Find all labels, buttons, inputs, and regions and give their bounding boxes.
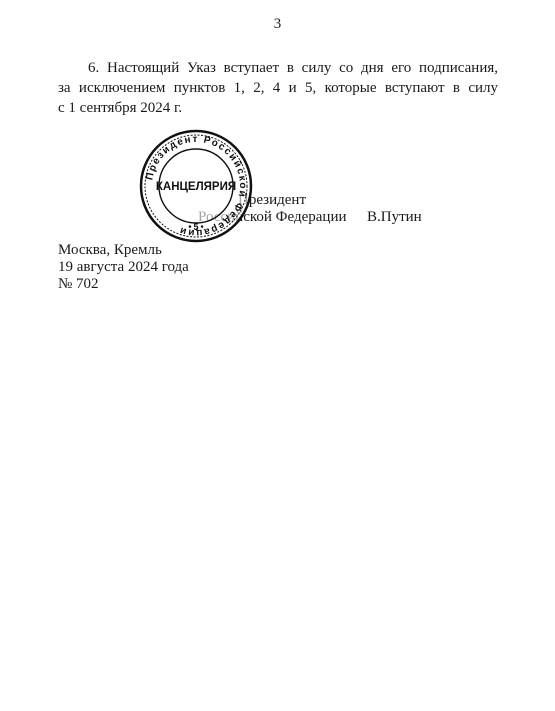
- paragraph-line: 6. Настоящий Указ вступает в силу со дня…: [58, 58, 498, 78]
- decree-number: № 702: [58, 276, 189, 293]
- signing-date: 19 августа 2024 года: [58, 259, 189, 276]
- stamp-center-text: КАНЦЕЛЯРИЯ: [156, 181, 236, 193]
- stamp-bottom-text: • 5 •: [188, 221, 205, 232]
- official-stamp: Президент Российской Федерации КАНЦЕЛЯРИ…: [138, 128, 254, 244]
- decree-footer: Москва, Кремль 19 августа 2024 года № 70…: [58, 242, 189, 293]
- page-number: 3: [0, 16, 555, 33]
- decree-paragraph-6: 6. Настоящий Указ вступает в силу со дня…: [58, 58, 498, 118]
- svg-text:• 5 •: • 5 •: [188, 221, 205, 232]
- paragraph-line: с 1 сентября 2024 г.: [58, 98, 498, 118]
- signing-place: Москва, Кремль: [58, 242, 189, 259]
- paragraph-line: за исключением пунктов 1, 2, 4 и 5, кото…: [58, 78, 498, 98]
- signatory-name: В.Путин: [367, 207, 422, 227]
